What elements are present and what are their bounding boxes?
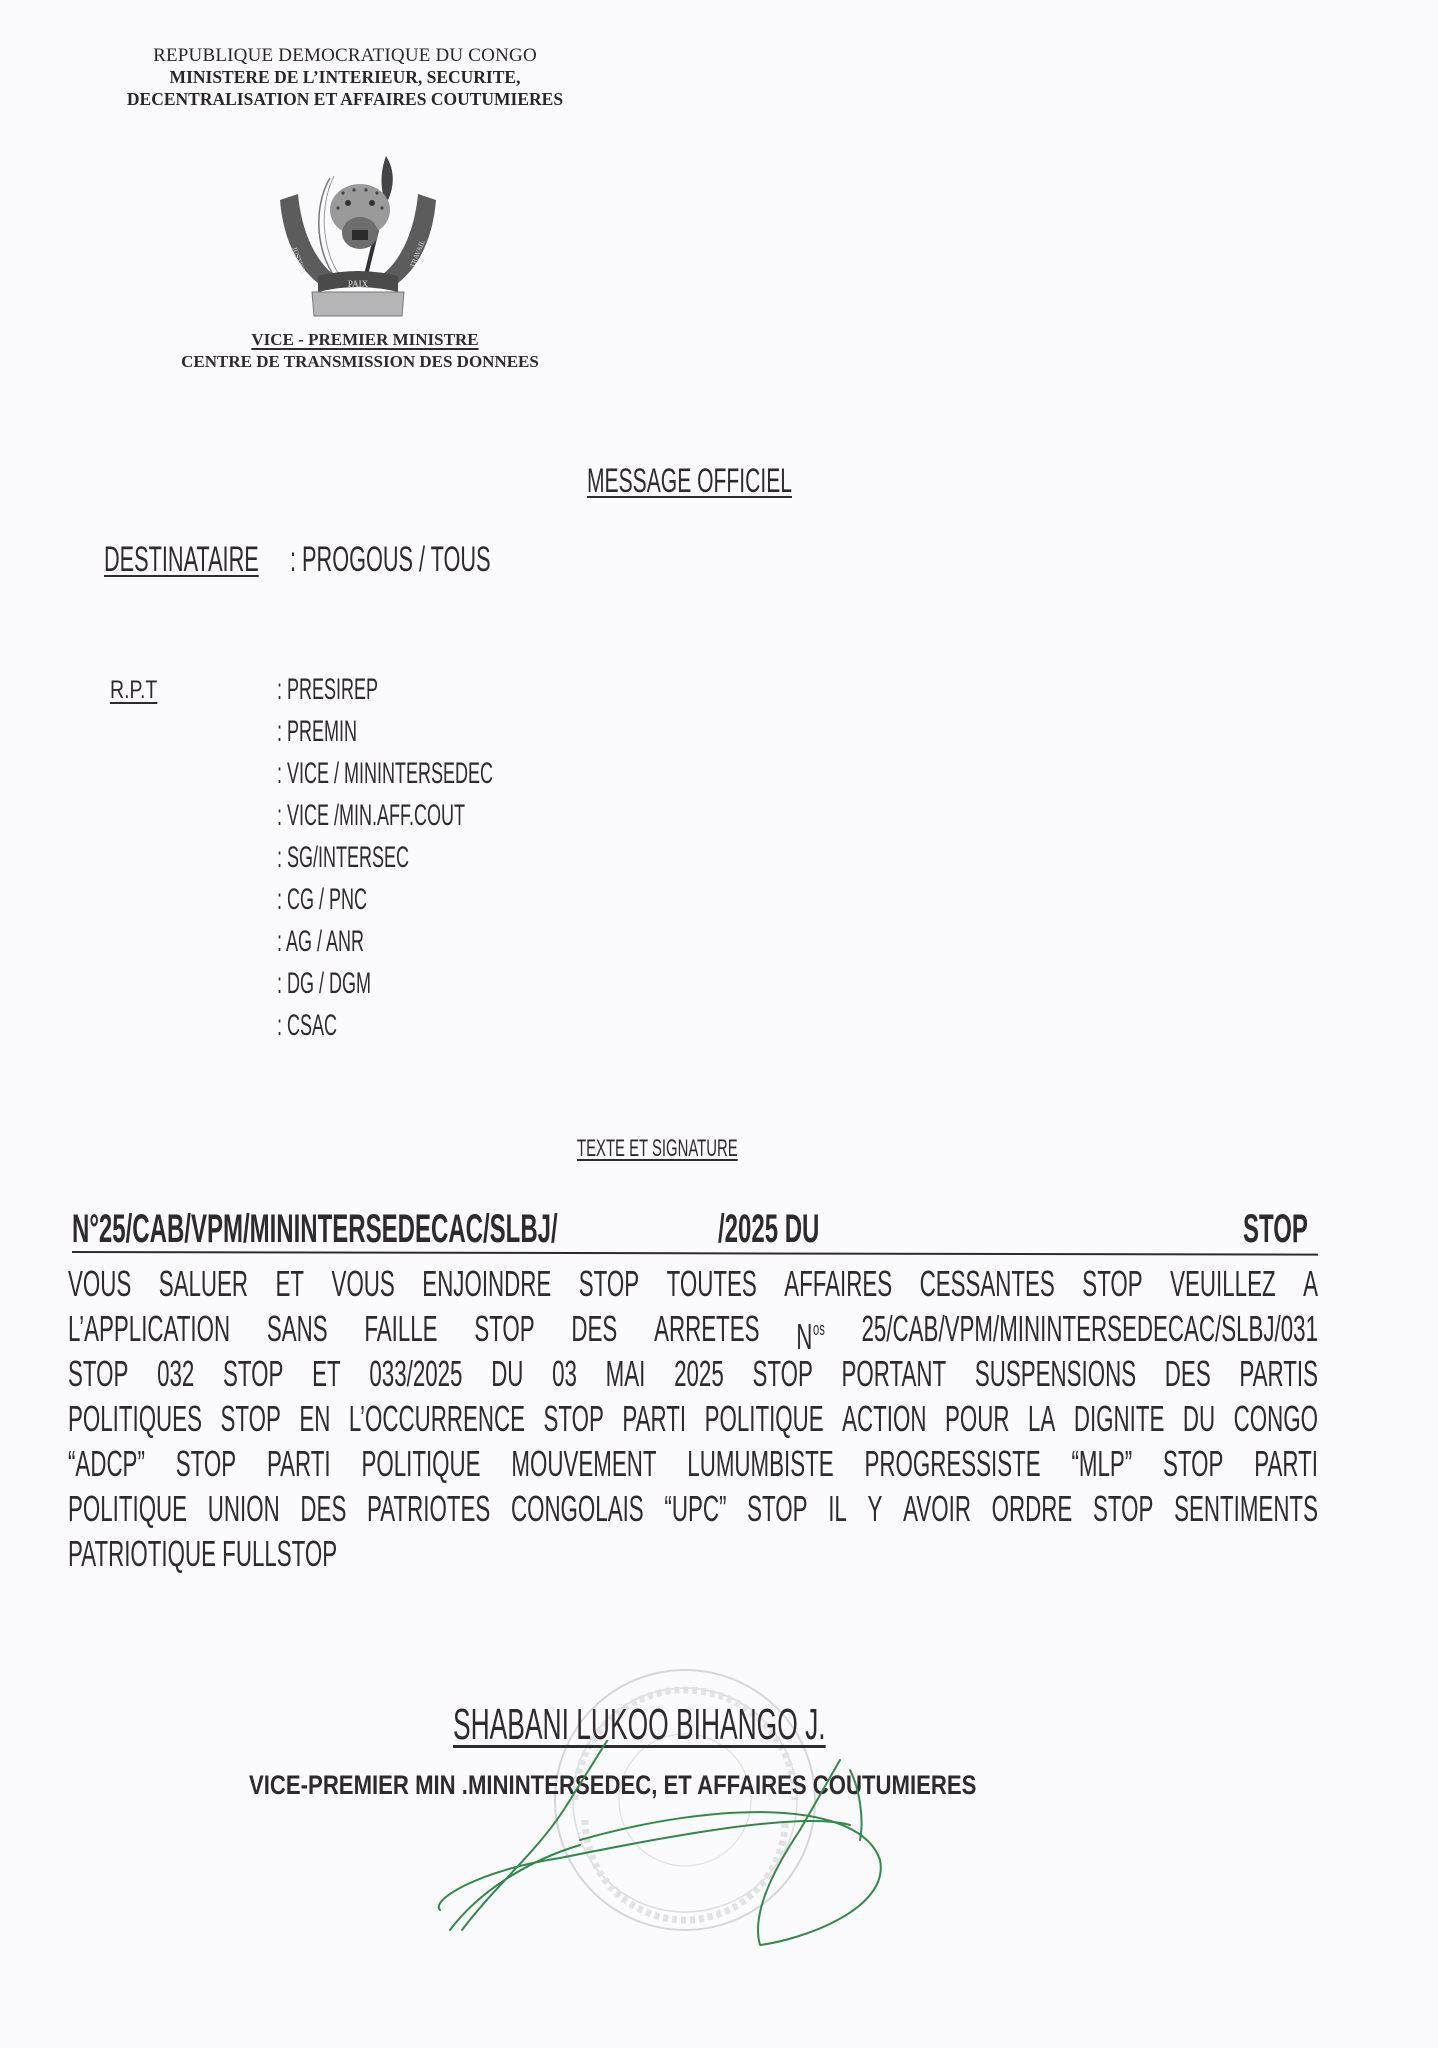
letterhead-ministry-line2: DECENTRALISATION ET AFFAIRES COUTUMIERES — [40, 89, 650, 110]
department-title: CENTRE DE TRANSMISSION DES DONNEES — [130, 352, 590, 372]
signatory-title: VICE-PREMIER MIN .MININTERSEDEC, ET AFFA… — [249, 1770, 976, 1801]
letterhead-country: REPUBLIQUE DEMOCRATIQUE DU CONGO — [60, 45, 630, 67]
rpt-item: : VICE /MIN.AFF.COUT — [277, 800, 493, 842]
body-line: POLITIQUEUNIONDESPATRIOTESCONGOLAIS“UPC”… — [68, 1489, 1318, 1534]
reference-underline — [72, 1251, 1318, 1256]
rpt-item: : VICE / MININTERSEDEC — [277, 758, 493, 800]
rpt-list: : PRESIREP: PREMIN: VICE / MININTERSEDEC… — [277, 674, 637, 1052]
recipient-value: : PROGOUS / TOUS — [290, 540, 491, 580]
letterhead-ministry-line1: MINISTERE DE L’INTERIEUR, SECURITE, — [60, 67, 630, 88]
rpt-item: : CSAC — [277, 1010, 493, 1052]
coat-of-arms-icon: PAIX JUSTICE TRAVAIL — [268, 148, 448, 318]
body-line: VOUSSALUERETVOUSENJOINDRESTOPTOUTESAFFAI… — [68, 1264, 1318, 1309]
rpt-label: R.P.T — [110, 676, 157, 705]
message-body: VOUSSALUERETVOUSENJOINDRESTOPTOUTESAFFAI… — [68, 1264, 1318, 1579]
section-title: TEXTE ET SIGNATURE — [577, 1135, 738, 1163]
rpt-item: : PRESIREP — [277, 674, 493, 716]
rpt-item: : SG/INTERSEC — [277, 842, 493, 884]
rpt-item: : PREMIN — [277, 716, 493, 758]
signatory-name: SHABANI LUKOO BIHANGO J. — [453, 1700, 826, 1750]
rpt-item: : CG / PNC — [277, 884, 493, 926]
rpt-item: : DG / DGM — [277, 968, 493, 1010]
body-line: PATRIOTIQUEFULLSTOP — [68, 1534, 1318, 1579]
reference-stop: STOP — [1243, 1207, 1308, 1252]
office-title: VICE - PREMIER MINISTRE — [140, 330, 590, 350]
svg-text:PAIX: PAIX — [348, 279, 369, 289]
body-line: L’APPLICATIONSANSFAILLESTOPDESARRETESNos… — [68, 1309, 1318, 1354]
rpt-item: : AG / ANR — [277, 926, 493, 968]
message-title: MESSAGE OFFICIEL — [587, 462, 792, 501]
reference-year: /2025 DU — [718, 1207, 819, 1252]
recipient-label: DESTINATAIRE — [104, 540, 259, 580]
reference-number: N°25/CAB/VPM/MININTERSEDECAC/SLBJ/ — [72, 1207, 558, 1252]
body-line: POLITIQUESSTOPENL’OCCURRENCESTOPPARTIPOL… — [68, 1399, 1318, 1444]
body-line: STOP032STOPET033/2025DU03MAI2025STOPPORT… — [68, 1354, 1318, 1399]
body-line: “ADCP”STOPPARTIPOLITIQUEMOUVEMENTLUMUMBI… — [68, 1444, 1318, 1489]
